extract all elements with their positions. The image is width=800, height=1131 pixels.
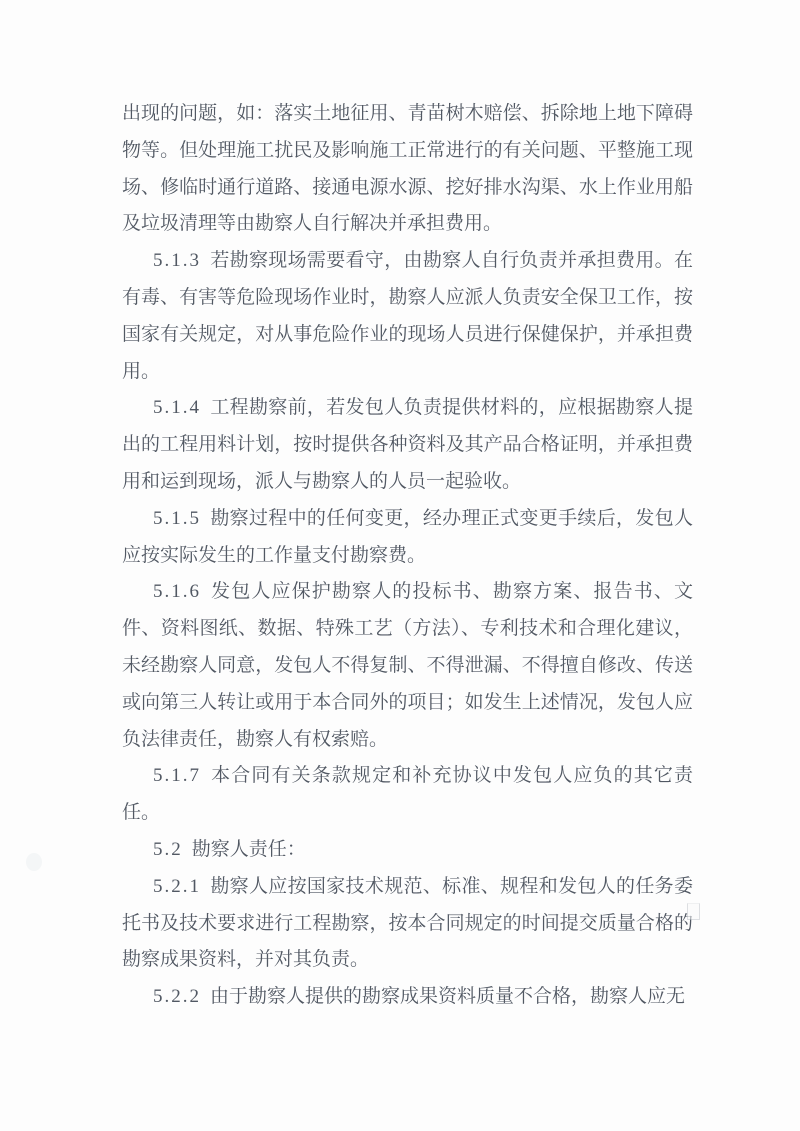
clause-text: 本合同有关条款规定和补充协议中发包人应负的其它责任。	[122, 765, 693, 823]
clause-5-2-heading: 5.2勘察人责任：	[122, 832, 693, 869]
clause-text: 由于勘察人提供的勘察成果资料质量不合格，勘察人应无	[210, 986, 685, 1007]
clause-number: 5.2.2	[153, 986, 201, 1007]
clause-text: 勘察人责任：	[192, 839, 306, 860]
clause-number: 5.1.7	[153, 765, 201, 786]
clause-text: 工程勘察前，若发包人负责提供材料的，应根据勘察人提出的工程用料计划，按时提供各种…	[122, 397, 693, 492]
clause-5-1-3: 5.1.3若勘察现场需要看守，由勘察人自行负责并承担费用。在有毒、有害等危险现场…	[122, 243, 693, 390]
clause-text: 若勘察现场需要看守，由勘察人自行负责并承担费用。在有毒、有害等危险现场作业时，勘…	[122, 250, 693, 381]
clause-number: 5.1.6	[153, 581, 201, 602]
scan-mark-artifact	[687, 903, 700, 920]
clause-number: 5.2	[153, 839, 183, 860]
clause-number: 5.1.3	[153, 250, 201, 271]
clause-text: 发包人应保护勘察人的投标书、勘察方案、报告书、文件、资料图纸、数据、特殊工艺（方…	[122, 581, 693, 749]
document-body: 出现的问题，如：落实土地征用、青苗树木赔偿、拆除地上地下障碍物等。但处理施工扰民…	[122, 96, 693, 1016]
clause-text: 勘察过程中的任何变更，经办理正式变更手续后，发包人应按实际发生的工作量支付勘察费…	[122, 508, 693, 566]
scan-speck-artifact	[26, 853, 42, 871]
clause-5-1-7: 5.1.7本合同有关条款规定和补充协议中发包人应负的其它责任。	[122, 758, 693, 832]
document-page: 出现的问题，如：落实土地征用、青苗树木赔偿、拆除地上地下障碍物等。但处理施工扰民…	[0, 0, 800, 1131]
clause-5-1-4: 5.1.4工程勘察前，若发包人负责提供材料的，应根据勘察人提出的工程用料计划，按…	[122, 390, 693, 500]
clause-5-1-5: 5.1.5勘察过程中的任何变更，经办理正式变更手续后，发包人应按实际发生的工作量…	[122, 501, 693, 575]
clause-5-1-6: 5.1.6发包人应保护勘察人的投标书、勘察方案、报告书、文件、资料图纸、数据、特…	[122, 574, 693, 758]
clause-text: 勘察人应按国家技术规范、标准、规程和发包人的任务委托书及技术要求进行工程勘察，按…	[122, 876, 693, 971]
clause-number: 5.1.5	[153, 508, 201, 529]
clause-number: 5.2.1	[153, 876, 201, 897]
clause-number: 5.1.4	[153, 397, 201, 418]
clause-5-2-2-truncated: 5.2.2由于勘察人提供的勘察成果资料质量不合格，勘察人应无	[122, 979, 693, 1016]
paragraph-text: 出现的问题，如：落实土地征用、青苗树木赔偿、拆除地上地下障碍物等。但处理施工扰民…	[122, 103, 693, 234]
clause-5-2-1: 5.2.1勘察人应按国家技术规范、标准、规程和发包人的任务委托书及技术要求进行工…	[122, 869, 693, 979]
paragraph-continuation: 出现的问题，如：落实土地征用、青苗树木赔偿、拆除地上地下障碍物等。但处理施工扰民…	[122, 96, 693, 243]
